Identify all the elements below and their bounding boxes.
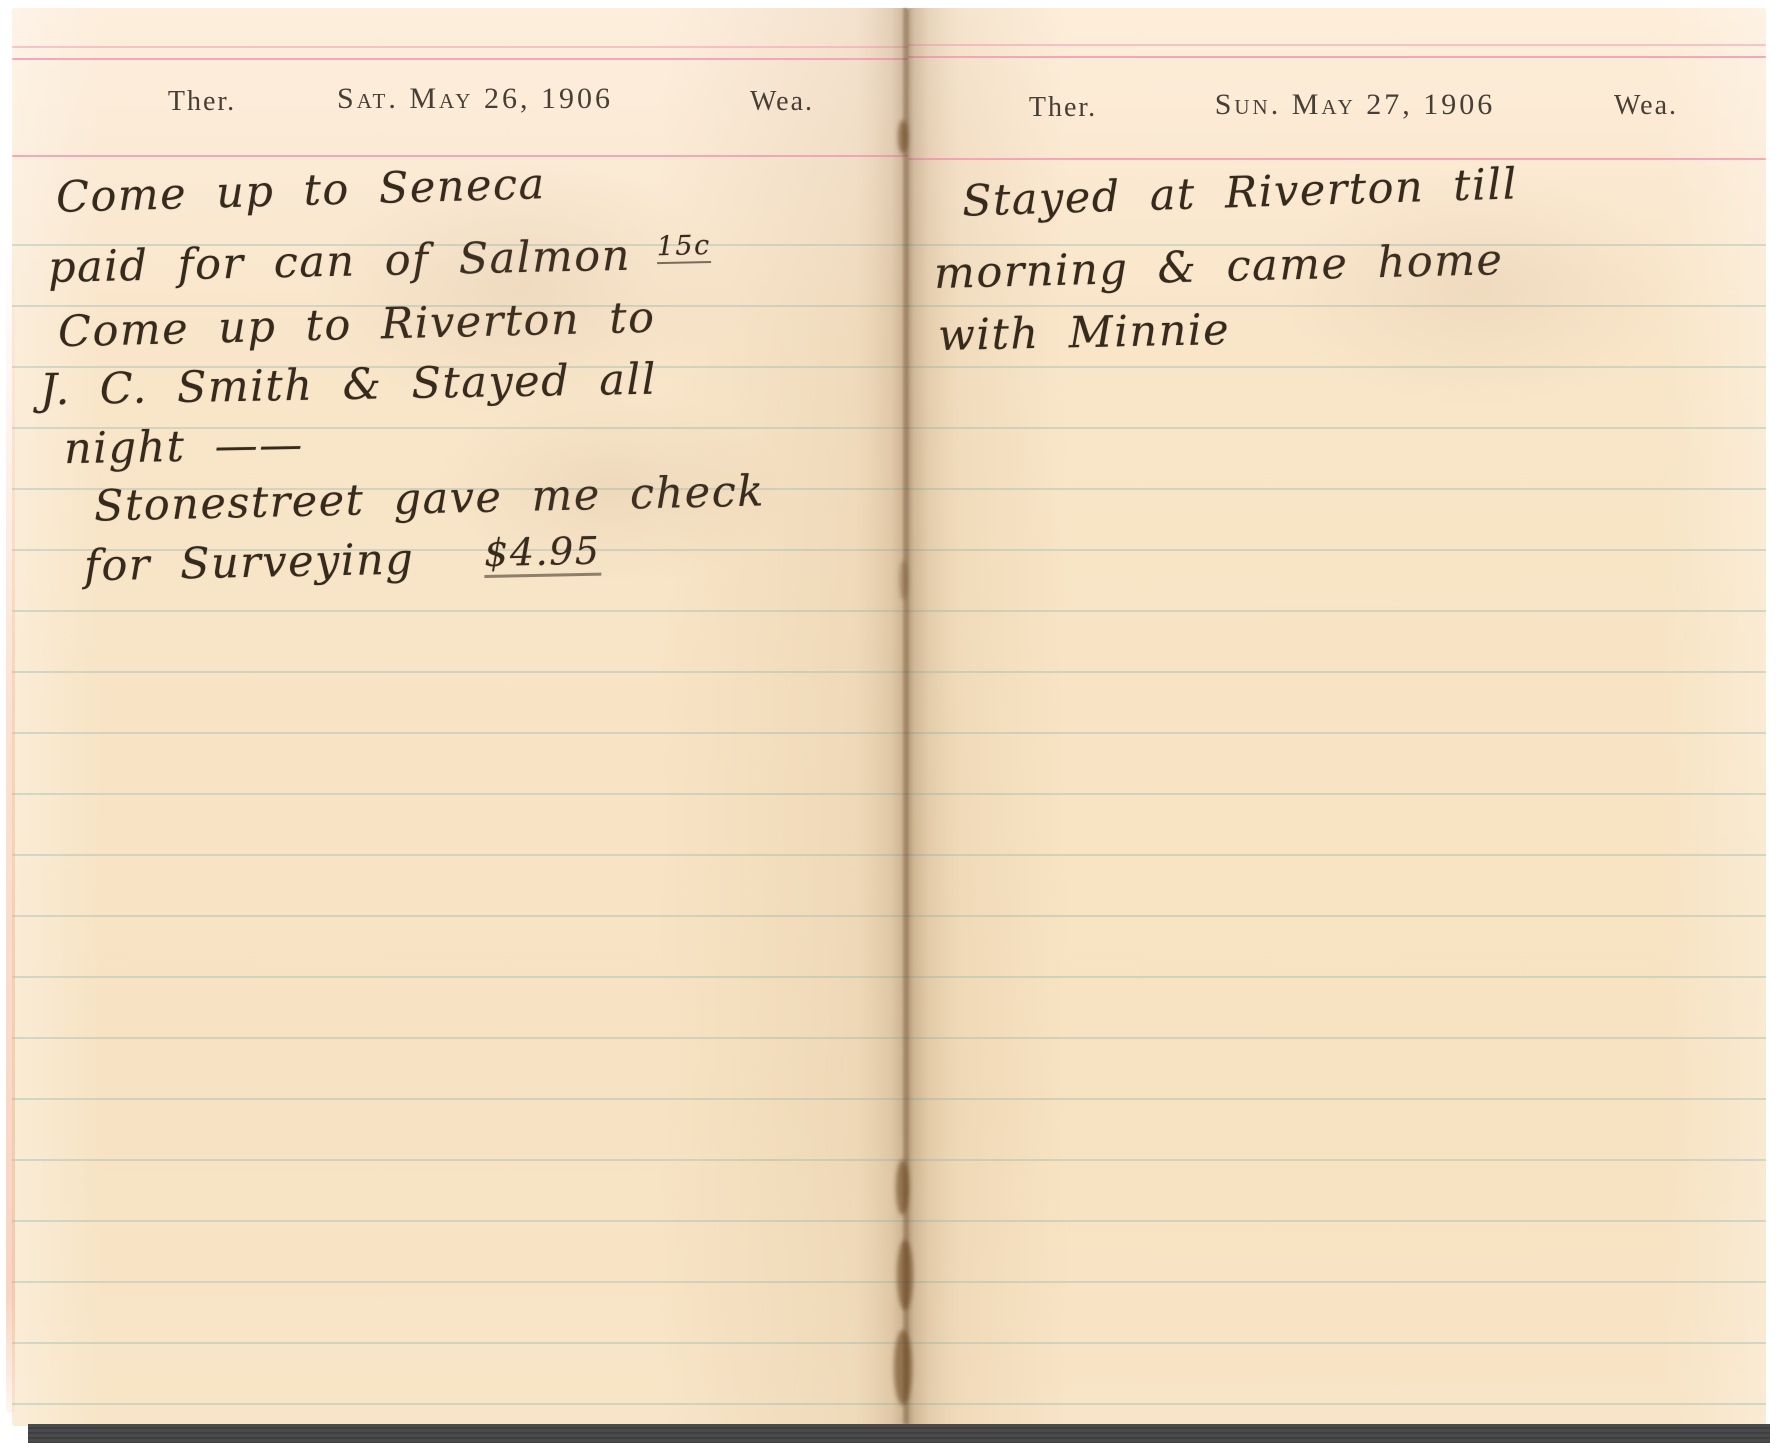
page-deckle-edge	[6, 240, 15, 1413]
top-double-rule-1	[12, 46, 908, 48]
header-bottom-rule	[908, 158, 1766, 160]
ruled-lines	[908, 244, 1766, 1426]
top-double-rule-2	[908, 56, 1766, 58]
ther-label: Ther.	[1029, 92, 1097, 124]
top-double-rule-1	[908, 44, 1766, 46]
right-page: Ther. Sun. May 27, 1906 Wea. Stayed at R…	[908, 8, 1766, 1426]
top-double-rule-2	[12, 58, 908, 60]
left-page: Ther. Sat. May 26, 1906 Wea. Come up to …	[12, 8, 908, 1426]
handwriting-line: Come up to Seneca	[55, 159, 546, 223]
check-amount: $4.95	[484, 529, 601, 578]
diary-scan: { "scan": { "description": "Two-page spr…	[0, 0, 1778, 1443]
handwriting-line: night ——	[64, 420, 304, 474]
handwriting-line: with Minnie	[938, 305, 1231, 361]
book-cover-edge	[28, 1424, 1770, 1443]
handwriting-line: for Surveying$4.95	[84, 529, 602, 592]
ther-label: Ther.	[168, 86, 236, 118]
salmon-price: 15c	[656, 230, 711, 264]
wea-label: Wea.	[750, 86, 814, 118]
ruled-lines	[12, 244, 908, 1426]
handwriting-line: Stayed at Riverton till	[961, 159, 1518, 226]
wea-label: Wea.	[1614, 90, 1678, 122]
page-date: Sun. May 27, 1906	[1215, 88, 1496, 122]
page-date: Sat. May 26, 1906	[337, 82, 613, 116]
header-bottom-rule	[12, 155, 908, 157]
